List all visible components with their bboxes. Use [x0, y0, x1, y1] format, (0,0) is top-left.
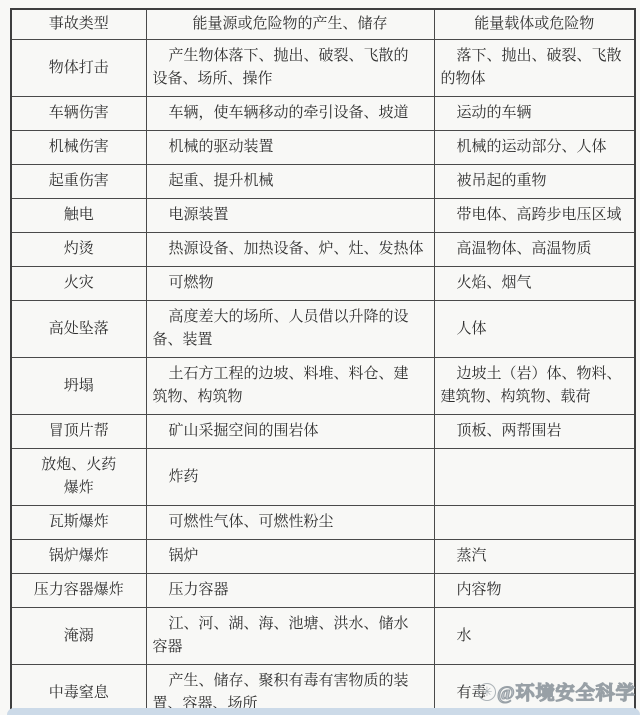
energy-carrier-cell: 水	[434, 608, 635, 665]
energy-source-cell: 高度差大的场所、人员借以升降的设 备、装置	[146, 301, 434, 358]
energy-source-cell: 热源设备、加热设备、炉、灶、发热体	[146, 233, 434, 267]
table-row: 高处坠落 高度差大的场所、人员借以升降的设 备、装置 人体	[11, 301, 635, 358]
accident-type-cell: 火灾	[11, 267, 146, 301]
header-energy-source: 能量源或危险物的产生、储存	[146, 9, 434, 40]
accident-type-cell: 触电	[11, 199, 146, 233]
energy-source-cell: 电源装置	[146, 199, 434, 233]
table-row: 机械伤害 机械的驱动装置 机械的运动部分、人体	[11, 131, 635, 165]
table-body: 物体打击 产生物体落下、抛出、破裂、飞散的 设备、场所、操作 落下、抛出、破裂、…	[11, 40, 635, 715]
table-header-row: 事故类型 能量源或危险物的产生、储存 能量载体或危险物	[11, 9, 635, 40]
accident-type-cell: 瓦斯爆炸	[11, 506, 146, 540]
energy-carrier-cell: 运动的车辆	[434, 97, 635, 131]
energy-carrier-cell: 人体	[434, 301, 635, 358]
energy-carrier-cell: 边坡土（岩）体、物料、 建筑物、构筑物、载荷	[434, 358, 635, 415]
table-row: 触电 电源装置 带电体、高跨步电压区域	[11, 199, 635, 233]
energy-carrier-cell	[434, 506, 635, 540]
energy-carrier-cell: 火焰、烟气	[434, 267, 635, 301]
energy-source-cell: 起重、提升机械	[146, 165, 434, 199]
accident-type-cell: 机械伤害	[11, 131, 146, 165]
energy-carrier-cell: 顶板、两帮围岩	[434, 415, 635, 449]
table-row: 起重伤害 起重、提升机械 被吊起的重物	[11, 165, 635, 199]
accident-type-cell: 锅炉爆炸	[11, 540, 146, 574]
energy-source-cell: 可燃性气体、可燃性粉尘	[146, 506, 434, 540]
table-row: 灼烫 热源设备、加热设备、炉、灶、发热体 高温物体、高温物质	[11, 233, 635, 267]
energy-source-cell: 车辆，使车辆移动的牵引设备、坡道	[146, 97, 434, 131]
energy-carrier-cell: 带电体、高跨步电压区域	[434, 199, 635, 233]
table-row: 瓦斯爆炸 可燃性气体、可燃性粉尘	[11, 506, 635, 540]
accident-type-cell: 起重伤害	[11, 165, 146, 199]
energy-carrier-cell: 落下、抛出、破裂、飞散 的物体	[434, 40, 635, 97]
table-row: 车辆伤害 车辆，使车辆移动的牵引设备、坡道 运动的车辆	[11, 97, 635, 131]
header-energy-carrier: 能量载体或危险物	[434, 9, 635, 40]
energy-carrier-cell: 蒸汽	[434, 540, 635, 574]
table-row: 淹溺 江、河、湖、海、池塘、洪水、储水 容器 水	[11, 608, 635, 665]
scanned-table-page: 事故类型 能量源或危险物的产生、储存 能量载体或危险物 物体打击 产生物体落下、…	[0, 0, 640, 715]
accident-type-cell: 车辆伤害	[11, 97, 146, 131]
energy-source-cell: 压力容器	[146, 574, 434, 608]
accident-energy-table: 事故类型 能量源或危险物的产生、储存 能量载体或危险物 物体打击 产生物体落下、…	[10, 8, 636, 715]
accident-type-cell: 冒顶片帮	[11, 415, 146, 449]
energy-source-cell: 锅炉	[146, 540, 434, 574]
table-row: 冒顶片帮 矿山采掘空间的围岩体 顶板、两帮围岩	[11, 415, 635, 449]
accident-type-cell: 放炮、火药 爆炸	[11, 449, 146, 506]
table-row: 压力容器爆炸 压力容器 内容物	[11, 574, 635, 608]
energy-source-cell: 矿山采掘空间的围岩体	[146, 415, 434, 449]
energy-source-cell: 土石方工程的边坡、料堆、料仓、建 筑物、构筑物	[146, 358, 434, 415]
energy-source-cell: 机械的驱动装置	[146, 131, 434, 165]
accident-type-cell: 坍塌	[11, 358, 146, 415]
accident-type-cell: 淹溺	[11, 608, 146, 665]
table-row: 放炮、火药 爆炸 炸药	[11, 449, 635, 506]
table-row: 锅炉爆炸 锅炉 蒸汽	[11, 540, 635, 574]
energy-carrier-cell	[434, 449, 635, 506]
energy-source-cell: 江、河、湖、海、池塘、洪水、储水 容器	[146, 608, 434, 665]
accident-type-cell: 灼烫	[11, 233, 146, 267]
energy-source-cell: 可燃物	[146, 267, 434, 301]
table-row: 火灾 可燃物 火焰、烟气	[11, 267, 635, 301]
accident-type-cell: 压力容器爆炸	[11, 574, 146, 608]
accident-type-cell: 高处坠落	[11, 301, 146, 358]
energy-carrier-cell: 机械的运动部分、人体	[434, 131, 635, 165]
header-accident-type: 事故类型	[11, 9, 146, 40]
table-row: 坍塌 土石方工程的边坡、料堆、料仓、建 筑物、构筑物 边坡土（岩）体、物料、 建…	[11, 358, 635, 415]
energy-source-cell: 炸药	[146, 449, 434, 506]
accident-type-cell: 物体打击	[11, 40, 146, 97]
bottom-panel-edge	[7, 708, 640, 715]
table-row: 物体打击 产生物体落下、抛出、破裂、飞散的 设备、场所、操作 落下、抛出、破裂、…	[11, 40, 635, 97]
energy-carrier-cell: 被吊起的重物	[434, 165, 635, 199]
energy-source-cell: 产生物体落下、抛出、破裂、飞散的 设备、场所、操作	[146, 40, 434, 97]
energy-carrier-cell: 高温物体、高温物质	[434, 233, 635, 267]
energy-carrier-cell: 内容物	[434, 574, 635, 608]
